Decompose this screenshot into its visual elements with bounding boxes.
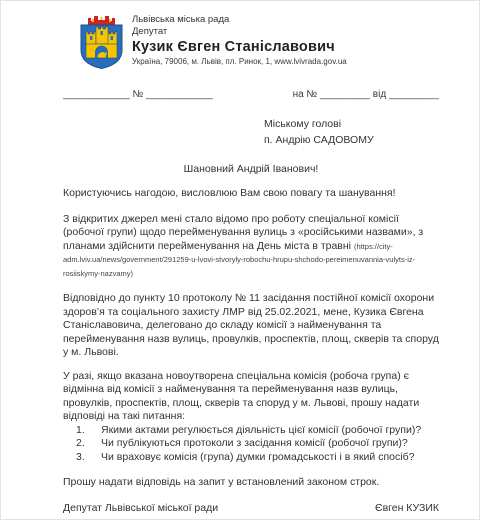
outgoing-number-blanks: ____________ № ____________ (63, 89, 213, 100)
deputy-role: Депутат (132, 26, 347, 38)
letterhead: Львівська міська рада Депутат Кузик Євге… (79, 13, 439, 69)
incoming-number-blanks: на № _________ від _________ (293, 89, 439, 100)
salutation: Шановний Андрій Іванович! (63, 163, 439, 175)
paragraph-commission-info: З відкритих джерел мені стало відомо про… (63, 213, 439, 281)
question-number: 3. (63, 451, 101, 465)
question-number: 2. (63, 437, 101, 451)
signature-line: Депутат Львівської міської ради Євген КУ… (63, 502, 439, 514)
reference-line: ____________ № ____________ на № _______… (63, 89, 439, 100)
na-number-label: на № (293, 89, 318, 100)
question-item: 3.Чи враховує комісія (група) думки гром… (63, 451, 439, 465)
vid-label: від (373, 89, 386, 100)
questions-list: 1.Якими актами регулюється діяльність ці… (63, 424, 439, 465)
question-text: Чи враховує комісія (група) думки громад… (101, 451, 439, 465)
deputy-name: Кузик Євген Станіславович (132, 38, 347, 56)
paragraph-request-intro: У разі, якщо вказана новоутворена спеціа… (63, 370, 439, 424)
crown-shape (88, 16, 115, 25)
question-number: 1. (63, 424, 101, 438)
outgoing-date-blank: ____________ (63, 89, 130, 100)
signature-name: Євген КУЗИК (375, 502, 439, 514)
number-sign: № (133, 89, 144, 100)
addressee-name: п. Андрію САДОВОМУ (264, 132, 439, 148)
question-text: Чи публікуються протоколи з засідання ко… (101, 437, 439, 451)
paragraph-greeting: Користуючись нагодою, висловлюю Вам свою… (63, 187, 439, 201)
incoming-number-blank: _________ (320, 89, 370, 100)
letter-page: Львівська міська рада Депутат Кузик Євге… (0, 0, 480, 520)
question-item: 1.Якими актами регулюється діяльність ці… (63, 424, 439, 438)
organization-address: Україна, 79006, м. Львів, пл. Ринок, 1, … (132, 56, 347, 67)
outgoing-number-blank: ____________ (146, 89, 213, 100)
letterhead-text: Львівська міська рада Депутат Кузик Євге… (132, 13, 347, 67)
signature-position: Депутат Львівської міської ради (63, 502, 218, 514)
question-text: Якими актами регулюється діяльність цієї… (101, 424, 439, 438)
addressee-block: Міському голові п. Андрію САДОВОМУ (264, 116, 439, 148)
question-item: 2.Чи публікуються протоколи з засідання … (63, 437, 439, 451)
paragraph-delegation: Відповідно до пункту 10 протоколу № 11 з… (63, 292, 439, 360)
addressee-title: Міському голові (264, 116, 439, 132)
lviv-coat-of-arms-icon (79, 15, 124, 69)
organization-name: Львівська міська рада (132, 14, 347, 26)
incoming-date-blank: _________ (389, 89, 439, 100)
paragraph-closing: Прошу надати відповідь на запит у встано… (63, 476, 439, 490)
